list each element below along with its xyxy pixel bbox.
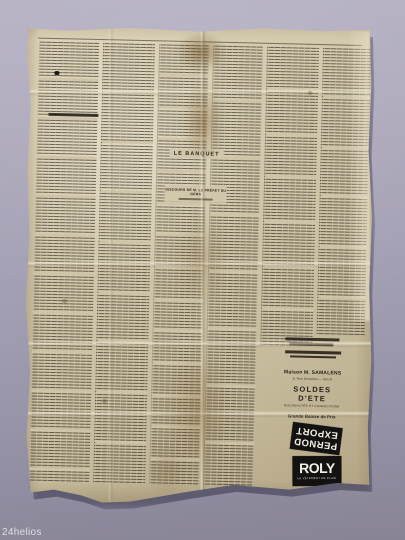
horizontal-fold-crease-2 [26,261,372,268]
seller-watermark: 24helios [2,527,42,538]
roly-ad-title: ROLY [299,462,335,475]
newspaper-sheet: LE BANQUET DISCOURS DE M. LE PRÉFET DU G… [26,27,372,503]
discours-heading-text: DISCOURS DE M. LE PRÉFET DU GERS [165,188,226,197]
illegible-ad-header-line-2 [290,355,336,359]
roly-ad-box: ROLY LE VÊTEMENT DE PLUIE [292,456,341,486]
ad-sale-subtitle: NOUVEAUTÉS ET CONFECTIONS [281,403,343,408]
ad-sale-title: SOLDES D'ETE [281,384,343,403]
article-heading-discours: DISCOURS DE M. LE PRÉFET DU GERS [165,186,227,203]
ad-store-address: 8, Rue Dessoles — AUCH [281,376,343,381]
roly-ad-tagline: LE VÊTEMENT DE PLUIE [298,476,337,480]
horizontal-fold-crease-3 [26,341,372,348]
curled-right-edge [348,31,370,321]
photo-of-folded-newspaper: LE BANQUET DISCOURS DE M. LE PRÉFET DU G… [0,0,405,540]
horizontal-fold-crease-1 [26,89,372,96]
illegible-subtitle-line [179,198,213,201]
samalens-advertisement: Maison M. SAMALENS 8, Rue Dessoles — AUC… [281,350,345,419]
article-heading-banquet: LE BANQUET [170,149,224,159]
horizontal-fold-crease-4 [26,411,372,418]
newspaper-page-content: LE BANQUET DISCOURS DE M. LE PRÉFET DU G… [16,26,373,510]
ink-blot [54,71,59,75]
illegible-ad-header-line-1 [285,350,341,354]
